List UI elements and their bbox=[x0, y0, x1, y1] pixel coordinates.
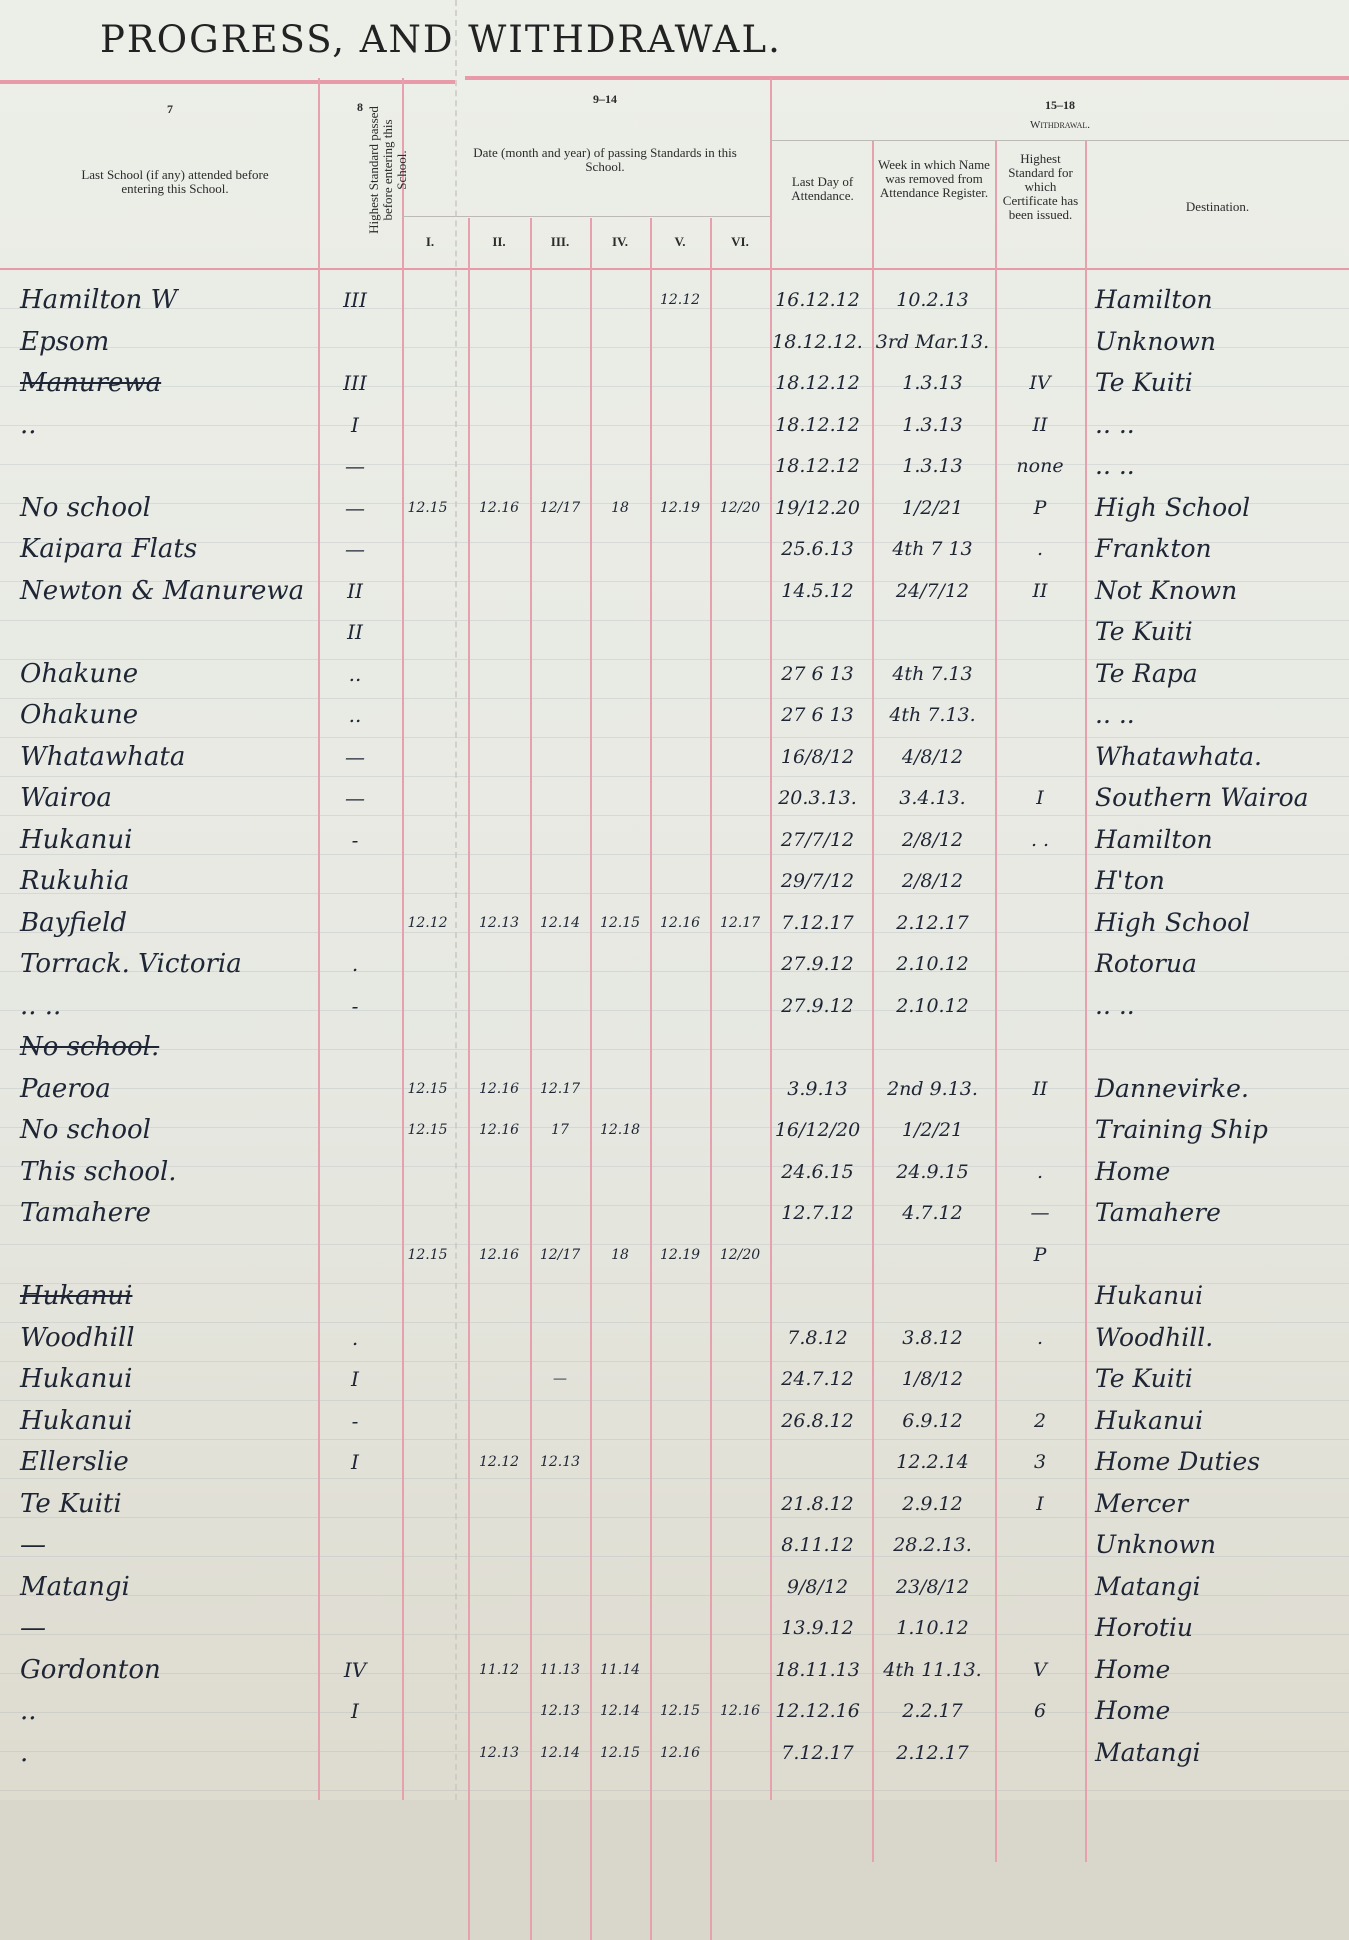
table-row: Hukanui-26.8.126.9.122Hukanui bbox=[0, 1401, 1349, 1441]
standard-before-entry: — bbox=[325, 488, 385, 528]
certificate-standard: . bbox=[995, 529, 1085, 569]
standard-pass-date: 12.16 bbox=[710, 1691, 770, 1731]
standard-pass-date bbox=[650, 405, 710, 445]
standard-before-entry: - bbox=[325, 820, 385, 860]
table-row: Wairoa—20.3.13.3.4.13.ISouthern Wairoa bbox=[0, 778, 1349, 818]
standard-pass-date: 12.12 bbox=[650, 280, 710, 320]
standard-pass-date bbox=[590, 322, 650, 362]
standard-pass-date: 17 bbox=[530, 1110, 590, 1150]
standard-pass-date bbox=[650, 1567, 710, 1607]
destination: .. .. bbox=[1095, 405, 1345, 445]
standard-pass-date: 12.17 bbox=[530, 1069, 590, 1109]
standard-pass-date bbox=[650, 1027, 710, 1067]
standard-pass-date bbox=[710, 1484, 770, 1524]
week-removed: 12.2.14 bbox=[870, 1442, 995, 1482]
standard-pass-date bbox=[468, 1484, 530, 1524]
certificate-standard bbox=[995, 861, 1085, 901]
last-school: . bbox=[20, 1733, 28, 1773]
standard-pass-date: 12/17 bbox=[530, 1235, 590, 1275]
destination: Tamahere bbox=[1095, 1193, 1345, 1233]
standard-pass-date: 12.15 bbox=[400, 488, 455, 528]
standard-pass-date bbox=[590, 1442, 650, 1482]
standard-pass-date bbox=[710, 363, 770, 403]
standard-pass-date bbox=[468, 986, 530, 1026]
last-day-attendance: 27.9.12 bbox=[765, 944, 870, 984]
standard-pass-date bbox=[650, 1318, 710, 1358]
standard-pass-date bbox=[590, 1152, 650, 1192]
week-removed: 6.9.12 bbox=[870, 1401, 995, 1441]
standard-pass-date bbox=[530, 363, 590, 403]
last-day-attendance: 20.3.13. bbox=[765, 778, 870, 818]
standard-before-entry: I bbox=[325, 1442, 385, 1482]
last-school: This school. bbox=[20, 1152, 177, 1192]
col7-number: 7 bbox=[140, 102, 200, 116]
standard-pass-date bbox=[590, 280, 650, 320]
last-day-attendance bbox=[765, 1276, 870, 1316]
standard-pass-date bbox=[590, 1567, 650, 1607]
standard-pass-date bbox=[650, 529, 710, 569]
standard-pass-date: 12.16 bbox=[468, 1110, 530, 1150]
standard-pass-date bbox=[468, 654, 530, 694]
week-removed: 1.3.13 bbox=[870, 363, 995, 403]
destination-header: Destination. bbox=[1090, 200, 1345, 214]
standard-pass-date bbox=[468, 1608, 530, 1648]
standard-pass-date bbox=[530, 322, 590, 362]
standard-pass-date: 12.16 bbox=[468, 1235, 530, 1275]
table-row: .. ..-27.9.122.10.12.. .. bbox=[0, 986, 1349, 1026]
table-row: HukanuiHukanui bbox=[0, 1276, 1349, 1316]
table-row: This school.24.6.1524.9.15.Home bbox=[0, 1152, 1349, 1192]
standard-pass-date bbox=[468, 1691, 530, 1731]
standard-header: II. bbox=[468, 235, 530, 249]
last-day-attendance: 27/7/12 bbox=[765, 820, 870, 860]
standard-pass-date bbox=[400, 986, 455, 1026]
standard-before-entry: — bbox=[325, 446, 385, 486]
destination: Southern Wairoa bbox=[1095, 778, 1345, 818]
week-removed: 2.12.17 bbox=[870, 1733, 995, 1773]
destination: Te Rapa bbox=[1095, 654, 1345, 694]
week-removed: 3.4.13. bbox=[870, 778, 995, 818]
standard-pass-date bbox=[710, 1069, 770, 1109]
week-removed bbox=[870, 1027, 995, 1067]
last-day-attendance: 18.12.12 bbox=[765, 363, 870, 403]
standard-pass-date: 12.14 bbox=[530, 903, 590, 943]
standard-before-entry: . bbox=[325, 1318, 385, 1358]
highest-cert-header: Highest Standard for which Certificate h… bbox=[998, 152, 1083, 222]
certificate-standard bbox=[995, 695, 1085, 735]
standard-before-entry bbox=[325, 1069, 385, 1109]
ledger-page: PROGRESS, AND WITHDRAWAL. 7 Last School … bbox=[0, 0, 1349, 1800]
last-school: Woodhill bbox=[20, 1318, 135, 1358]
standard-pass-date bbox=[468, 1027, 530, 1067]
last-day-attendance: 14.5.12 bbox=[765, 571, 870, 611]
last-school: Ellerslie bbox=[20, 1442, 129, 1482]
standard-pass-date bbox=[650, 322, 710, 362]
standard-pass-date bbox=[468, 612, 530, 652]
standard-pass-date: 12.16 bbox=[468, 488, 530, 528]
standard-pass-date: — bbox=[530, 1359, 590, 1399]
table-row: ..I18.12.121.3.13II.. .. bbox=[0, 405, 1349, 445]
standard-pass-date bbox=[530, 654, 590, 694]
standard-pass-date bbox=[590, 1608, 650, 1648]
header-top-rule-left bbox=[0, 80, 455, 84]
last-school: No school bbox=[20, 488, 151, 528]
col7-header: Last School (if any) attended before ent… bbox=[80, 168, 270, 196]
last-school: Matangi bbox=[20, 1567, 130, 1607]
standard-pass-date bbox=[530, 446, 590, 486]
standard-pass-date bbox=[650, 695, 710, 735]
standard-pass-date bbox=[590, 405, 650, 445]
standard-pass-date bbox=[400, 654, 455, 694]
standard-pass-date bbox=[468, 1567, 530, 1607]
standard-pass-date bbox=[400, 1193, 455, 1233]
week-removed: 2.10.12 bbox=[870, 986, 995, 1026]
standard-pass-date bbox=[710, 1276, 770, 1316]
standard-pass-date bbox=[710, 861, 770, 901]
standard-pass-date bbox=[468, 1401, 530, 1441]
standard-pass-date bbox=[530, 695, 590, 735]
destination bbox=[1095, 1027, 1345, 1067]
standard-before-entry bbox=[325, 1567, 385, 1607]
standard-pass-date bbox=[650, 654, 710, 694]
standard-pass-date bbox=[530, 571, 590, 611]
last-day-attendance: 16/8/12 bbox=[765, 737, 870, 777]
destination: Mercer bbox=[1095, 1484, 1345, 1524]
standard-pass-date: 12.14 bbox=[530, 1733, 590, 1773]
table-row: Matangi9/8/1223/8/12Matangi bbox=[0, 1567, 1349, 1607]
standard-pass-date bbox=[468, 1359, 530, 1399]
table-row: Tamahere12.7.124.7.12—Tamahere bbox=[0, 1193, 1349, 1233]
last-school: Epsom bbox=[20, 322, 109, 362]
standard-pass-date bbox=[650, 737, 710, 777]
standard-before-entry: I bbox=[325, 1691, 385, 1731]
certificate-standard bbox=[995, 654, 1085, 694]
standard-pass-date: 11.13 bbox=[530, 1650, 590, 1690]
table-row: ManurewaIII18.12.121.3.13IVTe Kuiti bbox=[0, 363, 1349, 403]
certificate-standard bbox=[995, 612, 1085, 652]
standard-pass-date bbox=[400, 778, 455, 818]
destination: Home bbox=[1095, 1691, 1345, 1731]
standard-pass-date: 12.13 bbox=[468, 1733, 530, 1773]
standard-pass-date bbox=[530, 737, 590, 777]
last-day-attendance: 16.12.12 bbox=[765, 280, 870, 320]
standard-pass-date bbox=[710, 571, 770, 611]
standard-pass-date bbox=[530, 1027, 590, 1067]
certificate-standard bbox=[995, 1567, 1085, 1607]
standard-pass-date: 12.12 bbox=[400, 903, 455, 943]
standard-pass-date bbox=[530, 1567, 590, 1607]
last-day-attendance: 21.8.12 bbox=[765, 1484, 870, 1524]
destination: Dannevirke. bbox=[1095, 1069, 1345, 1109]
last-school: No school. bbox=[20, 1027, 159, 1067]
last-day-attendance: 29/7/12 bbox=[765, 861, 870, 901]
table-row: Newton & ManurewaII14.5.1224/7/12IINot K… bbox=[0, 571, 1349, 611]
last-school: Te Kuiti bbox=[20, 1484, 122, 1524]
last-day-attendance: 13.9.12 bbox=[765, 1608, 870, 1648]
standard-pass-date bbox=[590, 1193, 650, 1233]
standard-pass-date bbox=[710, 529, 770, 569]
standard-pass-date bbox=[530, 280, 590, 320]
last-school: Ohakune bbox=[20, 695, 138, 735]
standard-pass-date bbox=[710, 1733, 770, 1773]
certificate-standard: . . bbox=[995, 820, 1085, 860]
standard-pass-date bbox=[590, 1401, 650, 1441]
standard-pass-date bbox=[650, 363, 710, 403]
certificate-standard bbox=[995, 1525, 1085, 1565]
standard-pass-date bbox=[400, 861, 455, 901]
destination: H'ton bbox=[1095, 861, 1345, 901]
standard-pass-date: 18 bbox=[590, 488, 650, 528]
col9-14-number: 9–14 bbox=[555, 92, 655, 106]
standard-header: IV. bbox=[590, 235, 650, 249]
certificate-standard: II bbox=[995, 571, 1085, 611]
standard-pass-date bbox=[590, 861, 650, 901]
standard-pass-date bbox=[530, 1152, 590, 1192]
standard-before-entry bbox=[325, 1027, 385, 1067]
last-school: Torrack. Victoria bbox=[20, 944, 242, 984]
standard-pass-date bbox=[650, 571, 710, 611]
destination bbox=[1095, 1235, 1345, 1275]
week-removed: 4th 7.13. bbox=[870, 695, 995, 735]
week-removed: 23/8/12 bbox=[870, 1567, 995, 1607]
standard-pass-date: 12/20 bbox=[710, 488, 770, 528]
last-school: Whatawhata bbox=[20, 737, 185, 777]
standard-pass-date bbox=[710, 1567, 770, 1607]
week-removed bbox=[870, 1276, 995, 1316]
standard-pass-date bbox=[400, 322, 455, 362]
last-day-attendance: 16/12/20 bbox=[765, 1110, 870, 1150]
last-school: .. bbox=[20, 1691, 37, 1731]
destination: Home Duties bbox=[1095, 1442, 1345, 1482]
last-school: — bbox=[20, 1608, 46, 1648]
standard-pass-date bbox=[400, 571, 455, 611]
certificate-standard: IV bbox=[995, 363, 1085, 403]
week-removed: 1.10.12 bbox=[870, 1608, 995, 1648]
destination: Matangi bbox=[1095, 1567, 1345, 1607]
last-day-attendance: 3.9.13 bbox=[765, 1069, 870, 1109]
standard-before-entry bbox=[325, 1110, 385, 1150]
standard-pass-date: 12.13 bbox=[530, 1442, 590, 1482]
standard-pass-date bbox=[468, 944, 530, 984]
standard-pass-date bbox=[650, 446, 710, 486]
week-removed-header: Week in which Name was removed from Atte… bbox=[875, 158, 993, 200]
standard-pass-date bbox=[710, 1027, 770, 1067]
certificate-standard: II bbox=[995, 405, 1085, 445]
last-school: Newton & Manurewa bbox=[20, 571, 304, 611]
certificate-standard bbox=[995, 1608, 1085, 1648]
table-row: ..I12.1312.1412.1512.1612.12.162.2.176Ho… bbox=[0, 1691, 1349, 1731]
week-removed: 4th 7.13 bbox=[870, 654, 995, 694]
last-day-attendance: 24.6.15 bbox=[765, 1152, 870, 1192]
week-removed: 3rd Mar.13. bbox=[870, 322, 995, 362]
certificate-standard: 6 bbox=[995, 1691, 1085, 1731]
standards-rule bbox=[455, 216, 770, 217]
standard-pass-date bbox=[468, 737, 530, 777]
table-row: Kaipara Flats—25.6.134th 7 13.Frankton bbox=[0, 529, 1349, 569]
table-row: No school—12.1512.1612/171812.1912/2019/… bbox=[0, 488, 1349, 528]
standard-before-entry: — bbox=[325, 529, 385, 569]
page-title: PROGRESS, AND WITHDRAWAL. bbox=[100, 18, 782, 61]
destination: Horotiu bbox=[1095, 1608, 1345, 1648]
standard-pass-date bbox=[590, 612, 650, 652]
standard-pass-date bbox=[590, 778, 650, 818]
standard-pass-date bbox=[650, 1069, 710, 1109]
destination: High School bbox=[1095, 903, 1345, 943]
standard-pass-date bbox=[710, 446, 770, 486]
standard-pass-date bbox=[400, 612, 455, 652]
last-day-header: Last Day of Attendance. bbox=[775, 175, 870, 203]
standard-pass-date bbox=[400, 1650, 455, 1690]
standard-pass-date bbox=[400, 405, 455, 445]
table-row: 12.1512.1612/171812.1912/20P bbox=[0, 1235, 1349, 1275]
table-row: EllerslieI12.1212.1312.2.143Home Duties bbox=[0, 1442, 1349, 1482]
standard-header: VI. bbox=[710, 235, 770, 249]
standard-pass-date: 12.15 bbox=[400, 1069, 455, 1109]
last-school: Paeroa bbox=[20, 1069, 111, 1109]
standard-pass-date bbox=[650, 1359, 710, 1399]
col15-18-number: 15–18 bbox=[1010, 98, 1110, 112]
last-day-attendance: 18.12.12 bbox=[765, 405, 870, 445]
week-removed: 2/8/12 bbox=[870, 861, 995, 901]
standard-pass-date bbox=[710, 778, 770, 818]
standard-pass-date bbox=[400, 1733, 455, 1773]
week-removed: 2.10.12 bbox=[870, 944, 995, 984]
last-day-attendance: 8.11.12 bbox=[765, 1525, 870, 1565]
standard-pass-date bbox=[650, 820, 710, 860]
standard-pass-date bbox=[710, 1193, 770, 1233]
standard-pass-date bbox=[400, 1359, 455, 1399]
last-day-attendance: 27 6 13 bbox=[765, 695, 870, 735]
standard-pass-date bbox=[710, 1608, 770, 1648]
standard-pass-date bbox=[468, 1193, 530, 1233]
standard-pass-date bbox=[710, 1525, 770, 1565]
standard-pass-date: 12.14 bbox=[590, 1691, 650, 1731]
destination: Unknown bbox=[1095, 322, 1345, 362]
last-school: No school bbox=[20, 1110, 151, 1150]
standard-pass-date: 12/20 bbox=[710, 1235, 770, 1275]
standard-pass-date bbox=[650, 612, 710, 652]
table-row: —13.9.121.10.12Horotiu bbox=[0, 1608, 1349, 1648]
last-day-attendance: 12.12.16 bbox=[765, 1691, 870, 1731]
standard-pass-date bbox=[650, 1442, 710, 1482]
standard-before-entry: - bbox=[325, 986, 385, 1026]
standard-pass-date: 12.15 bbox=[590, 903, 650, 943]
standard-pass-date bbox=[400, 1608, 455, 1648]
standard-before-entry bbox=[325, 1193, 385, 1233]
standard-pass-date bbox=[710, 737, 770, 777]
standard-pass-date bbox=[530, 1193, 590, 1233]
table-row: Rukuhia29/7/122/8/12H'ton bbox=[0, 861, 1349, 901]
certificate-standard: . bbox=[995, 1318, 1085, 1358]
standard-before-entry: II bbox=[325, 612, 385, 652]
last-day-attendance: 24.7.12 bbox=[765, 1359, 870, 1399]
standard-pass-date bbox=[468, 1318, 530, 1358]
standard-pass-date bbox=[400, 1484, 455, 1524]
standard-pass-date bbox=[650, 1401, 710, 1441]
standard-pass-date bbox=[710, 612, 770, 652]
standard-pass-date: 12.19 bbox=[650, 488, 710, 528]
table-row: Torrack. Victoria.27.9.122.10.12Rotorua bbox=[0, 944, 1349, 984]
standard-pass-date bbox=[530, 1276, 590, 1316]
last-day-attendance: 7.12.17 bbox=[765, 903, 870, 943]
destination: .. .. bbox=[1095, 986, 1345, 1026]
standard-pass-date bbox=[590, 986, 650, 1026]
standard-pass-date bbox=[530, 861, 590, 901]
week-removed: 24.9.15 bbox=[870, 1152, 995, 1192]
standard-pass-date bbox=[400, 1318, 455, 1358]
standard-pass-date bbox=[710, 1650, 770, 1690]
week-removed: 2.12.17 bbox=[870, 903, 995, 943]
table-row: Woodhill.7.8.123.8.12.Woodhill. bbox=[0, 1318, 1349, 1358]
standard-pass-date bbox=[530, 1318, 590, 1358]
standard-pass-date bbox=[530, 986, 590, 1026]
week-removed bbox=[870, 612, 995, 652]
standard-pass-date bbox=[400, 1525, 455, 1565]
standard-pass-date bbox=[530, 1484, 590, 1524]
destination: .. .. bbox=[1095, 446, 1345, 486]
destination: Whatawhata. bbox=[1095, 737, 1345, 777]
standard-pass-date bbox=[590, 737, 650, 777]
standard-pass-date: 12.12 bbox=[468, 1442, 530, 1482]
standard-pass-date: 11.14 bbox=[590, 1650, 650, 1690]
standard-before-entry: — bbox=[325, 778, 385, 818]
header-bottom-rule bbox=[0, 268, 1349, 270]
standard-pass-date bbox=[468, 529, 530, 569]
standard-pass-date bbox=[468, 1152, 530, 1192]
certificate-standard: none bbox=[995, 446, 1085, 486]
standard-pass-date: 12.19 bbox=[650, 1235, 710, 1275]
week-removed: 4th 7 13 bbox=[870, 529, 995, 569]
last-school: Rukuhia bbox=[20, 861, 129, 901]
standard-pass-date bbox=[710, 944, 770, 984]
withdrawal-header: Withdrawal. bbox=[980, 118, 1140, 132]
standard-before-entry: .. bbox=[325, 654, 385, 694]
standard-pass-date: 12.16 bbox=[650, 1733, 710, 1773]
standard-pass-date bbox=[468, 1525, 530, 1565]
last-day-attendance: 18.12.12 bbox=[765, 446, 870, 486]
certificate-standard bbox=[995, 1110, 1085, 1150]
last-day-attendance: 12.7.12 bbox=[765, 1193, 870, 1233]
standard-pass-date bbox=[590, 695, 650, 735]
standard-pass-date bbox=[650, 778, 710, 818]
week-removed: 10.2.13 bbox=[870, 280, 995, 320]
standard-before-entry: II bbox=[325, 571, 385, 611]
certificate-standard bbox=[995, 322, 1085, 362]
standard-pass-date bbox=[650, 1276, 710, 1316]
destination: Te Kuiti bbox=[1095, 1359, 1345, 1399]
last-day-attendance bbox=[765, 612, 870, 652]
standard-before-entry: . bbox=[325, 944, 385, 984]
standard-pass-date bbox=[590, 654, 650, 694]
certificate-standard: 2 bbox=[995, 1401, 1085, 1441]
standard-pass-date bbox=[710, 322, 770, 362]
standard-pass-date bbox=[710, 1401, 770, 1441]
certificate-standard: I bbox=[995, 778, 1085, 818]
standard-pass-date bbox=[650, 1650, 710, 1690]
standard-pass-date bbox=[400, 1442, 455, 1482]
standard-pass-date bbox=[400, 1691, 455, 1731]
standard-pass-date bbox=[650, 1152, 710, 1192]
standard-before-entry bbox=[325, 861, 385, 901]
last-day-attendance: 25.6.13 bbox=[765, 529, 870, 569]
certificate-standard bbox=[995, 737, 1085, 777]
standard-pass-date bbox=[590, 1027, 650, 1067]
last-day-attendance: 27 6 13 bbox=[765, 654, 870, 694]
destination: Matangi bbox=[1095, 1733, 1345, 1773]
standard-pass-date bbox=[710, 1359, 770, 1399]
table-row: Te Kuiti21.8.122.9.12IMercer bbox=[0, 1484, 1349, 1524]
last-school: Hukanui bbox=[20, 820, 132, 860]
